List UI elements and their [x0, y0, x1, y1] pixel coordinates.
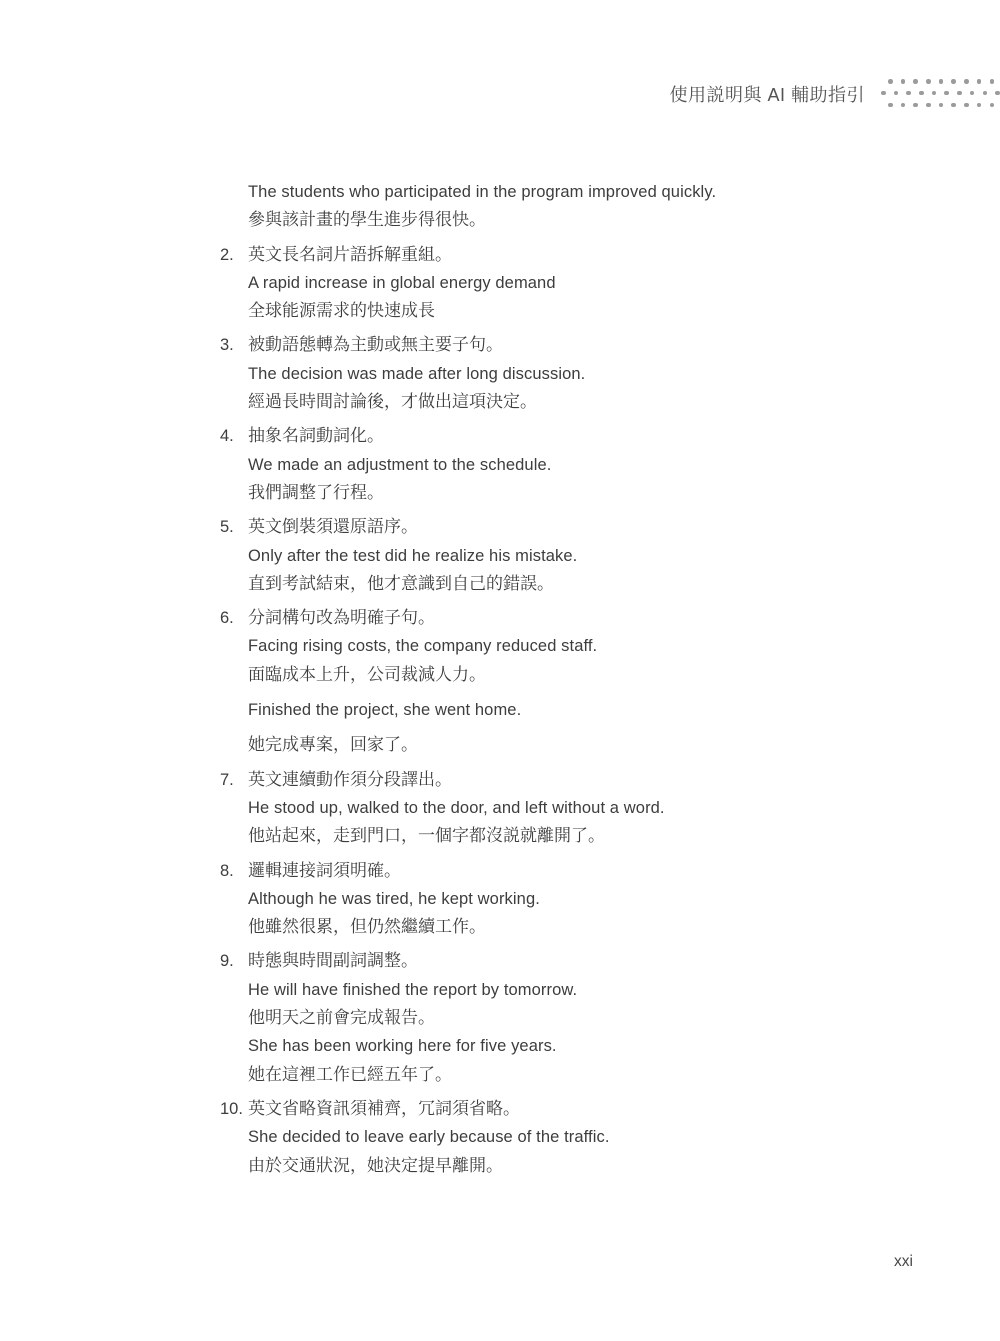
dot	[881, 91, 886, 96]
example-line-zh: 面臨成本上升，公司裁減人力。	[248, 661, 880, 689]
example-line-zh: 他明天之前會完成報告。	[248, 1004, 880, 1032]
list-item: 3.被動語態轉為主動或無主要子句。The decision was made a…	[220, 331, 880, 416]
item-heading: 邏輯連接詞須明確。	[248, 857, 880, 885]
dot	[957, 91, 962, 96]
example-line-en: We made an adjustment to the schedule.	[248, 451, 880, 479]
item-number: 7.	[220, 766, 234, 794]
list-item: 8.邏輯連接詞須明確。Although he was tired, he kep…	[220, 857, 880, 942]
example-line-zh: 她完成專案，回家了。	[248, 731, 880, 759]
example-line-zh: 經過長時間討論後，才做出這項決定。	[248, 388, 880, 416]
example-line-zh: 直到考試結束，他才意識到自己的錯誤。	[248, 570, 880, 598]
example-line-zh: 他站起來，走到門口，一個字都沒説就離開了。	[248, 822, 880, 850]
example-line-zh: 他雖然很累，但仍然繼續工作。	[248, 913, 880, 941]
example-line-en: She has been working here for five years…	[248, 1032, 880, 1060]
dot	[951, 79, 956, 84]
example-line-en: He stood up, walked to the door, and lef…	[248, 794, 880, 822]
item-heading: 分詞構句改為明確子句。	[248, 604, 880, 632]
item-number: 4.	[220, 422, 234, 450]
example-line-en: Finished the project, she went home.	[248, 696, 880, 724]
example-line-en: She decided to leave early because of th…	[248, 1123, 880, 1151]
item-heading: 英文連續動作須分段譯出。	[248, 766, 880, 794]
dot	[926, 103, 931, 108]
example-line-zh: 由於交通狀況，她決定提早離開。	[248, 1152, 880, 1180]
list-item: 6.分詞構句改為明確子句。Facing rising costs, the co…	[220, 604, 880, 759]
list-item: 9.時態與時間副詞調整。He will have finished the re…	[220, 947, 880, 1088]
dot	[990, 79, 995, 84]
example-line-zh: 她在這裡工作已經五年了。	[248, 1061, 880, 1089]
dot	[901, 79, 906, 84]
dot	[970, 91, 975, 96]
item-number: 6.	[220, 604, 234, 632]
dot	[983, 91, 988, 96]
dot	[894, 91, 899, 96]
dot	[995, 91, 1000, 96]
item-number: 5.	[220, 513, 234, 541]
page-number: xxi	[0, 1253, 913, 1271]
dot	[913, 103, 918, 108]
document-page: 使用説明與 AI 輔助指引 The students who participa…	[0, 0, 1000, 1341]
dot	[990, 103, 995, 108]
list-item: 10.英文省略資訊須補齊，冗詞須省略。She decided to leave …	[220, 1095, 880, 1180]
translation-guideline-list: The students who participated in the pro…	[220, 178, 880, 1180]
example-line-en: Facing rising costs, the company reduced…	[248, 632, 880, 660]
item-heading: 抽象名詞動詞化。	[248, 422, 880, 450]
example-line-zh: 參與該計畫的學生進步得很快。	[248, 206, 880, 234]
item-heading: 時態與時間副詞調整。	[248, 947, 880, 975]
item-heading: 英文長名詞片語拆解重組。	[248, 241, 880, 269]
dot-row	[881, 79, 1000, 84]
dot	[913, 79, 918, 84]
example-line-en: The students who participated in the pro…	[248, 178, 880, 206]
dot	[888, 103, 893, 108]
item-heading: 被動語態轉為主動或無主要子句。	[248, 331, 880, 359]
list-item: 7.英文連續動作須分段譯出。He stood up, walked to the…	[220, 766, 880, 851]
dot	[901, 103, 906, 108]
list-item: 2.英文長名詞片語拆解重組。A rapid increase in global…	[220, 241, 880, 326]
dot-row	[881, 103, 1000, 108]
dot	[977, 79, 982, 84]
item-heading: 英文省略資訊須補齊，冗詞須省略。	[248, 1095, 880, 1123]
item-heading: 英文倒裝須還原語序。	[248, 513, 880, 541]
example-line-en: He will have finished the report by tomo…	[248, 976, 880, 1004]
dot	[926, 79, 931, 84]
example-line-en: Only after the test did he realize his m…	[248, 542, 880, 570]
dot	[964, 79, 969, 84]
dot	[888, 79, 893, 84]
dot	[932, 91, 937, 96]
dot	[919, 91, 924, 96]
dot	[977, 103, 982, 108]
item-number: 9.	[220, 947, 234, 975]
dot	[964, 103, 969, 108]
list-item: 4.抽象名詞動詞化。We made an adjustment to the s…	[220, 422, 880, 507]
dot	[951, 103, 956, 108]
dot	[939, 79, 944, 84]
list-item: 5.英文倒裝須還原語序。Only after the test did he r…	[220, 513, 880, 598]
example-line-en: The decision was made after long discuss…	[248, 360, 880, 388]
dot	[944, 91, 949, 96]
item-number: 10.	[220, 1095, 243, 1123]
dot-row	[881, 91, 1000, 96]
dot	[939, 103, 944, 108]
continued-example-block: The students who participated in the pro…	[220, 178, 880, 235]
example-line-en: A rapid increase in global energy demand	[248, 269, 880, 297]
item-number: 2.	[220, 241, 234, 269]
dot	[906, 91, 911, 96]
example-line-zh: 我們調整了行程。	[248, 479, 880, 507]
item-number: 3.	[220, 331, 234, 359]
example-line-en: Although he was tired, he kept working.	[248, 885, 880, 913]
page-header-title: 使用説明與 AI 輔助指引	[669, 84, 865, 107]
example-line-zh: 全球能源需求的快速成長	[248, 297, 880, 325]
dots-pattern-icon	[881, 79, 1000, 110]
item-number: 8.	[220, 857, 234, 885]
